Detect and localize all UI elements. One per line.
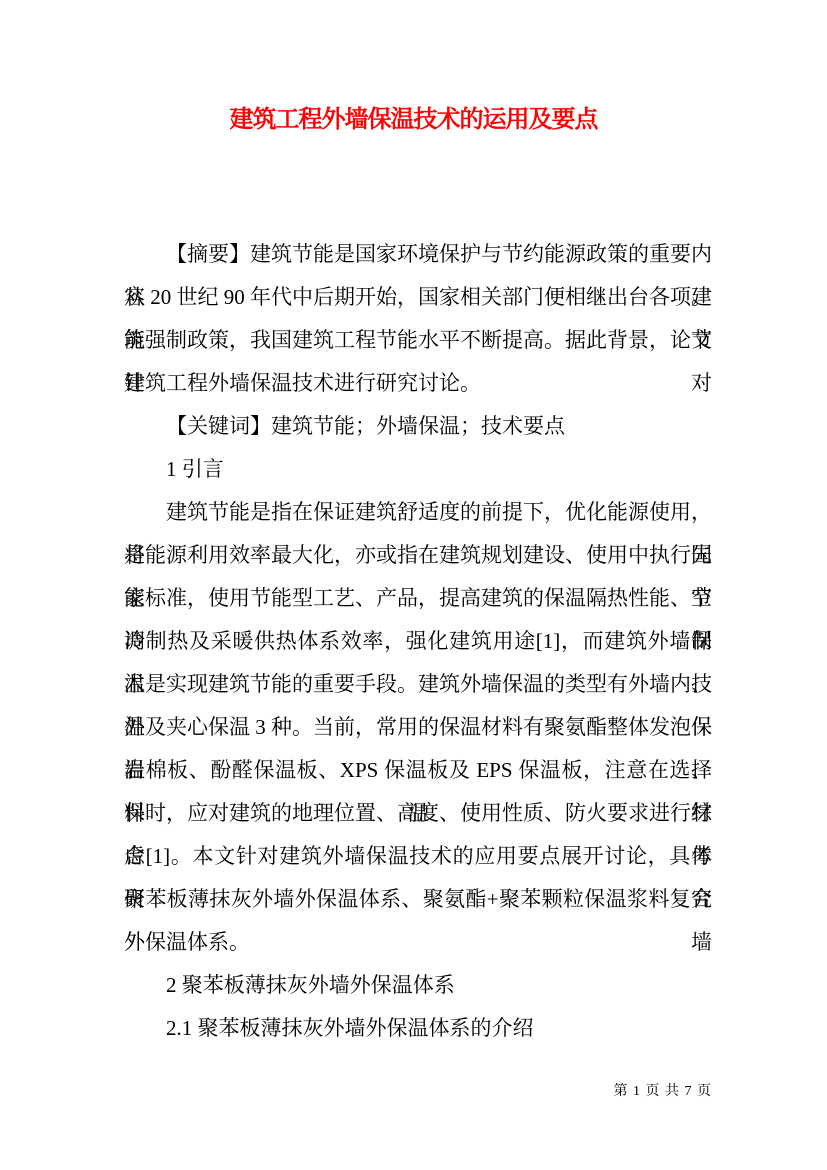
document-body: 【摘要】建筑节能是国家环境保护与节约能源政策的重要内容。 从 20 世纪 90 … bbox=[124, 233, 712, 1050]
text-line: 术是实现建筑节能的重要手段。建筑外墙保温的类型有外墙内、外保 bbox=[124, 663, 712, 706]
text-line: 聚苯板薄抹灰外墙外保温体系、聚氨酯+聚苯颗粒保温浆料复合外墙 bbox=[124, 878, 712, 921]
text-line: 料时，应对建筑的地理位置、高度、使用性质、防火要求进行综合考 bbox=[124, 792, 712, 835]
section-heading: 2 聚苯板薄抹灰外墙外保温体系 bbox=[124, 964, 712, 1007]
text-line: 岩棉板、酚醛保温板、XPS 保温板及 EPS 保温板，注意在选择保温材 bbox=[124, 749, 712, 792]
text-line: 【摘要】建筑节能是国家环境保护与节约能源政策的重要内容。 bbox=[124, 233, 712, 276]
text-line: 【关键词】建筑节能；外墙保温；技术要点 bbox=[124, 405, 712, 448]
text-line: 能强制政策，我国建筑工程节能水平不断提高。据此背景，论文针对 bbox=[124, 319, 712, 362]
document-page: 建筑工程外墙保温技术的运用及要点 【摘要】建筑节能是国家环境保护与节约能源政策的… bbox=[0, 0, 827, 1170]
text-line: 冷制热及采暖供热体系效率，强化建筑用途[1]，而建筑外墙保温技 bbox=[124, 620, 712, 663]
section-heading: 2.1 聚苯板薄抹灰外墙外保温体系的介绍 bbox=[124, 1007, 712, 1050]
text-line: 建筑节能是指在保证建筑舒适度的前提下，优化能源使用，是先 bbox=[124, 491, 712, 534]
page-title: 建筑工程外墙保温技术的运用及要点 bbox=[0, 102, 827, 138]
text-line: 虑[1]。本文针对建筑外墙保温技术的应用要点展开讨论，具体研究 bbox=[124, 835, 712, 878]
text-line: 能标准，使用节能型工艺、产品，提高建筑的保温隔热性能、空调制 bbox=[124, 577, 712, 620]
text-line: 将能源利用效率最大化，亦或指在建筑规划建设、使用中执行国家节 bbox=[124, 534, 712, 577]
section-heading: 1 引言 bbox=[124, 448, 712, 491]
page-number: 第 1 页 共 7 页 bbox=[614, 1081, 713, 1103]
text-line: 温及夹心保温 3 种。当前，常用的保温材料有聚氨酯整体发泡保温、 bbox=[124, 706, 712, 749]
text-line: 从 20 世纪 90 年代中后期开始，国家相关部门便相继出台各项建筑节 bbox=[124, 276, 712, 319]
